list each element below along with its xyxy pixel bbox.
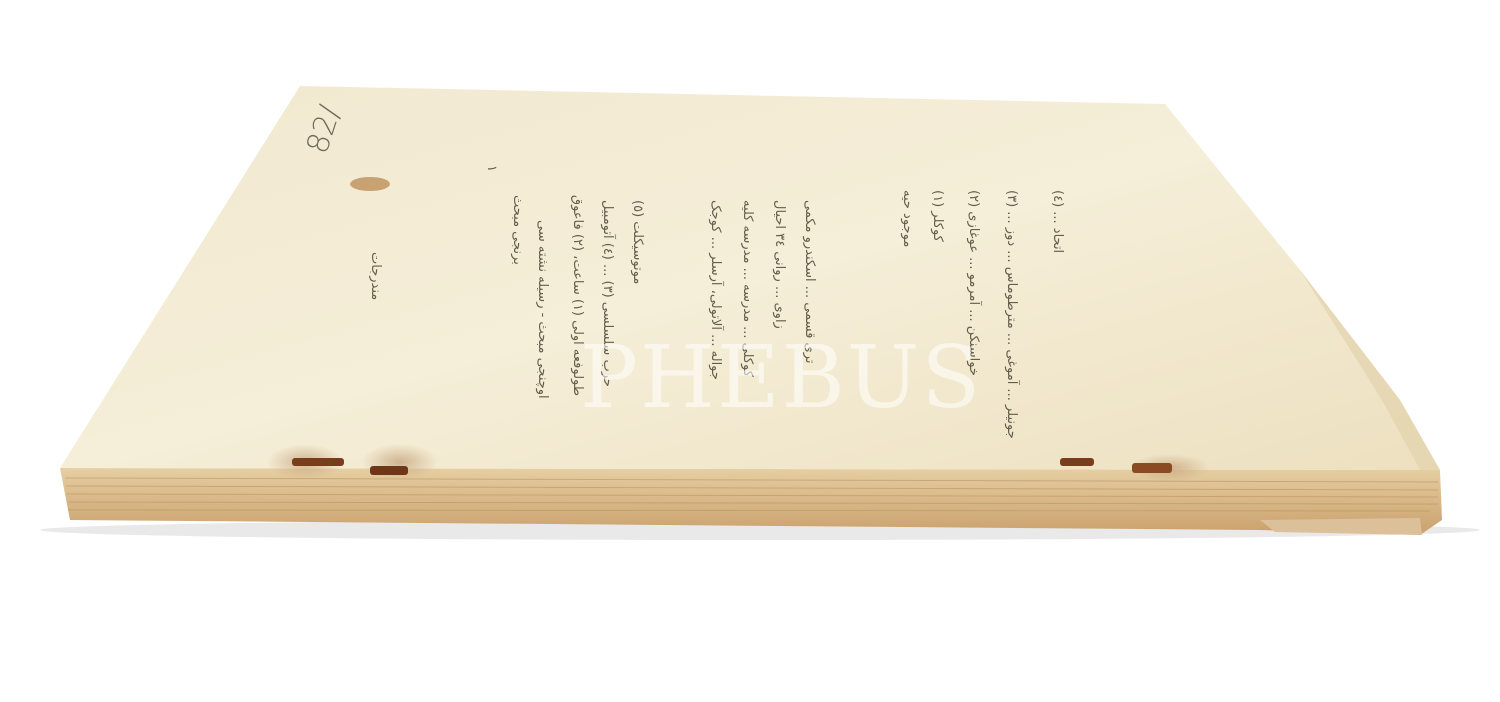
contents-entry: زاوی ... روانی ٣٤ احیال — [772, 200, 787, 329]
contents-entry: موجود حیه — [900, 190, 915, 247]
contents-entry: (٤) ... اتحاد — [1050, 190, 1065, 253]
contents-entry: طولوفعه اولی (١) ساعت، (٢) فاعوق — [570, 195, 585, 396]
rusty-staple — [1132, 463, 1172, 473]
rusty-staple — [1060, 458, 1094, 466]
contents-entry: (٣) ... جونیلر ... آموغی ... مترطوماس ..… — [1004, 190, 1019, 439]
rusty-staple — [370, 466, 408, 475]
contents-heading: مندرجات — [368, 252, 383, 300]
contents-entry: تری قسمی ... اسکندرو مکمی — [802, 200, 817, 364]
ink-stain — [350, 177, 390, 191]
contents-entry: (٥) موتوسیکلت — [630, 200, 645, 284]
contents-entry: (٢) خواسنکن ... آمرمو ... عوغازی — [966, 190, 981, 376]
contents-entry: اوچنجی مبحث - رسیله نشته سی — [535, 220, 550, 399]
contents-entry: جواله ... آلاتولی، آرسلر ... کوجک — [708, 200, 723, 380]
contents-entry: حرب سلسلسی (٣) ... (٤) آتومبیل — [600, 200, 615, 387]
rusty-staple — [292, 458, 344, 466]
contents-entry: برنجی مبحث — [510, 195, 525, 265]
contents-entry: ١ — [484, 165, 499, 172]
contents-entry: (١) کوکلر — [930, 190, 945, 242]
contents-entry: کوکلی ... مدرسه ... مدرسه کلیه — [740, 200, 755, 377]
book-photo: 82/ مندرجات ١ برنجی مبحث اوچنجی مبحث - ر… — [0, 0, 1500, 702]
